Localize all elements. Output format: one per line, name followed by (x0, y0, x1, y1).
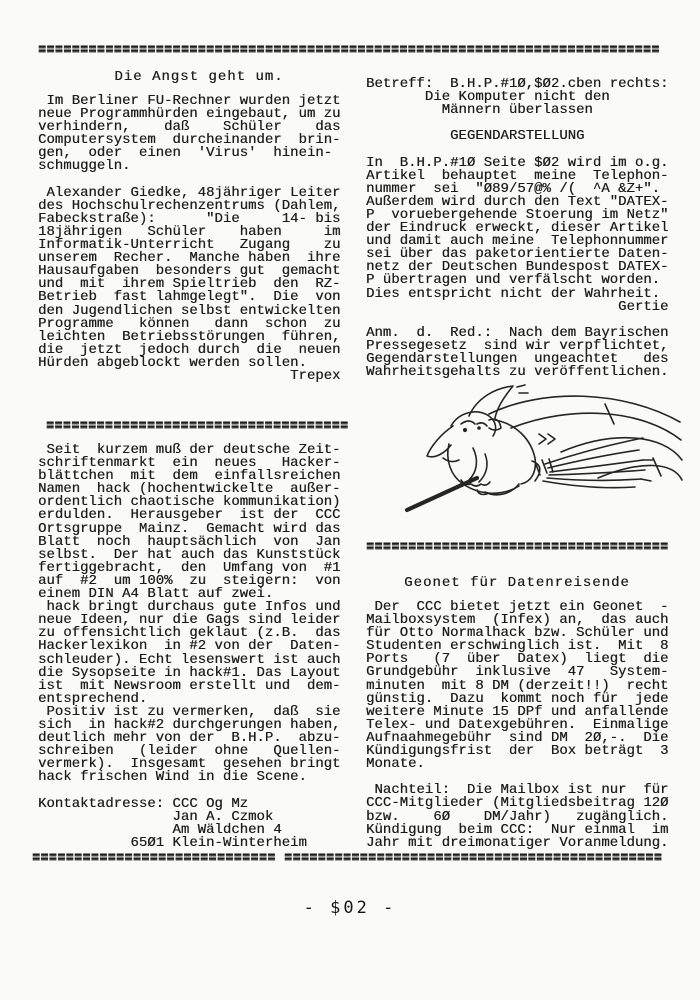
separator-left-middle: ==================================== (46, 420, 348, 433)
scanned-newsletter-page: ========================================… (0, 0, 700, 1000)
page-number: - $02 - (0, 898, 700, 918)
witch-on-broom-illustration (393, 384, 683, 514)
separator-bottom: ============================= ==========… (32, 852, 662, 865)
separator-top: ========================================… (38, 44, 660, 57)
separator-right-middle: ==================================== (366, 541, 668, 554)
witch-illustration-drawing (393, 384, 683, 514)
article-angst-title: Die Angst geht um. (38, 70, 360, 84)
geonet-body: Der CCC bietet jetzt ein Geonet - Mailbo… (366, 601, 668, 850)
article-angst-body: Im Berliner FU-Rechner wurden jetzt neue… (38, 95, 340, 383)
gegendarstellung-body: Betreff: B.H.P.#1Ø,$Ø2.cben rechts: Die … (366, 78, 668, 379)
article-hack-body: Seit kurzem muß der deutsche Zeit- schri… (38, 444, 340, 850)
geonet-title: Geonet für Datenreisende (366, 576, 668, 590)
